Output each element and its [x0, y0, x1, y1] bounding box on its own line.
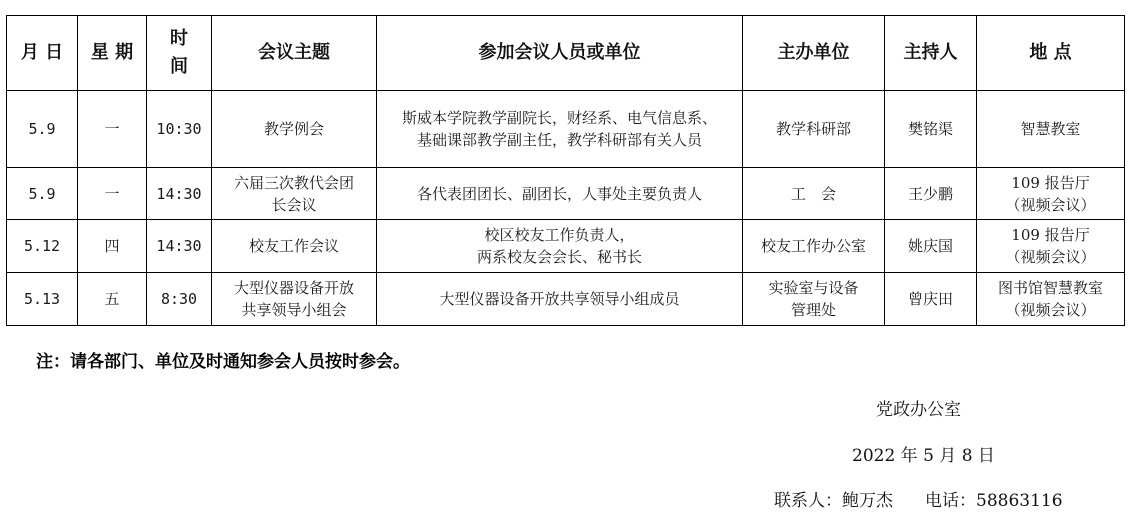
cell-attendees: 大型仪器设备开放共享领导小组成员 [377, 273, 743, 326]
meeting-schedule-table: 月 日 星 期 时 间 会议主题 参加会议人员或单位 主办单位 主持人 地 点 … [6, 15, 1125, 326]
attendees-line: 校区校友工作负责人， [379, 224, 740, 246]
topic-line: 大型仪器设备开放 [214, 277, 374, 299]
header-weekday: 星 期 [78, 16, 147, 91]
cell-date: 5.9 [7, 91, 78, 168]
cell-time: 14:30 [147, 220, 212, 273]
cell-date: 5.9 [7, 168, 78, 220]
organizer-line: 教学科研部 [745, 118, 882, 140]
cell-date: 5.12 [7, 220, 78, 273]
attendees-line: 两系校友会会长、秘书长 [379, 246, 740, 268]
cell-host: 樊铭渠 [885, 91, 977, 168]
location-line: 图书馆智慧教室 [979, 277, 1122, 299]
location-line: 智慧教室 [979, 118, 1122, 140]
cell-topic: 大型仪器设备开放 共享领导小组会 [212, 273, 377, 326]
attendees-line: 各代表团团长、副团长，人事处主要负责人 [379, 183, 740, 205]
header-topic: 会议主题 [212, 16, 377, 91]
cell-location: 图书馆智慧教室 （视频会议） [977, 273, 1125, 326]
cell-topic: 校友工作会议 [212, 220, 377, 273]
attendees-line: 斯威本学院教学副院长，财经系、电气信息系、 [379, 107, 740, 129]
topic-line: 共享领导小组会 [214, 299, 374, 321]
cell-time: 8:30 [147, 273, 212, 326]
cell-host: 曾庆田 [885, 273, 977, 326]
cell-topic: 教学例会 [212, 91, 377, 168]
header-location: 地 点 [977, 16, 1125, 91]
header-host: 主持人 [885, 16, 977, 91]
cell-host: 姚庆国 [885, 220, 977, 273]
attendees-line: 大型仪器设备开放共享领导小组成员 [379, 288, 740, 310]
table-row: 5.13 五 8:30 大型仪器设备开放 共享领导小组会 大型仪器设备开放共享领… [7, 273, 1125, 326]
header-organizer: 主办单位 [743, 16, 885, 91]
cell-location: 109 报告厅 （视频会议） [977, 220, 1125, 273]
topic-line: 长会议 [214, 194, 374, 216]
header-time-line1: 时 [149, 25, 209, 53]
issue-date: 2022 年 5 月 8 日 [852, 441, 995, 466]
cell-host: 王少鹏 [885, 168, 977, 220]
contact-info: 联系人：鲍万杰电话：58863116 [774, 486, 1063, 511]
location-line: （视频会议） [979, 299, 1122, 321]
organizer-line: 实验室与设备 [745, 277, 882, 299]
cell-location: 智慧教室 [977, 91, 1125, 168]
cell-attendees: 斯威本学院教学副院长，财经系、电气信息系、 基础课部教学副主任，教学科研部有关人… [377, 91, 743, 168]
cell-organizer: 工 会 [743, 168, 885, 220]
issuing-office: 党政办公室 [876, 395, 961, 420]
table-row: 5.12 四 14:30 校友工作会议 校区校友工作负责人， 两系校友会会长、秘… [7, 220, 1125, 273]
cell-organizer: 教学科研部 [743, 91, 885, 168]
header-date: 月 日 [7, 16, 78, 91]
header-attendees: 参加会议人员或单位 [377, 16, 743, 91]
topic-line: 教学例会 [214, 118, 374, 140]
cell-weekday: 五 [78, 273, 147, 326]
cell-organizer: 校友工作办公室 [743, 220, 885, 273]
header-time-line2: 间 [149, 53, 209, 81]
organizer-line: 工 会 [745, 183, 882, 205]
contact-person: 联系人：鲍万杰 [774, 491, 893, 511]
contact-phone: 电话：58863116 [925, 491, 1063, 511]
topic-line: 六届三次教代会团 [214, 172, 374, 194]
location-line: 109 报告厅 [979, 224, 1122, 246]
cell-attendees: 各代表团团长、副团长，人事处主要负责人 [377, 168, 743, 220]
cell-location: 109 报告厅 （视频会议） [977, 168, 1125, 220]
cell-topic: 六届三次教代会团 长会议 [212, 168, 377, 220]
location-line: 109 报告厅 [979, 172, 1122, 194]
header-time: 时 间 [147, 16, 212, 91]
organizer-line: 校友工作办公室 [745, 235, 882, 257]
organizer-line: 管理处 [745, 299, 882, 321]
cell-time: 14:30 [147, 168, 212, 220]
location-line: （视频会议） [979, 194, 1122, 216]
attendance-note: 注：请各部门、单位及时通知参会人员按时参会。 [36, 347, 410, 372]
table-header-row: 月 日 星 期 时 间 会议主题 参加会议人员或单位 主办单位 主持人 地 点 [7, 16, 1125, 91]
location-line: （视频会议） [979, 246, 1122, 268]
cell-weekday: 四 [78, 220, 147, 273]
cell-weekday: 一 [78, 91, 147, 168]
table-row: 5.9 一 10:30 教学例会 斯威本学院教学副院长，财经系、电气信息系、 基… [7, 91, 1125, 168]
topic-line: 校友工作会议 [214, 235, 374, 257]
cell-date: 5.13 [7, 273, 78, 326]
cell-organizer: 实验室与设备 管理处 [743, 273, 885, 326]
cell-weekday: 一 [78, 168, 147, 220]
cell-time: 10:30 [147, 91, 212, 168]
attendees-line: 基础课部教学副主任，教学科研部有关人员 [379, 129, 740, 151]
cell-attendees: 校区校友工作负责人， 两系校友会会长、秘书长 [377, 220, 743, 273]
table-row: 5.9 一 14:30 六届三次教代会团 长会议 各代表团团长、副团长，人事处主… [7, 168, 1125, 220]
